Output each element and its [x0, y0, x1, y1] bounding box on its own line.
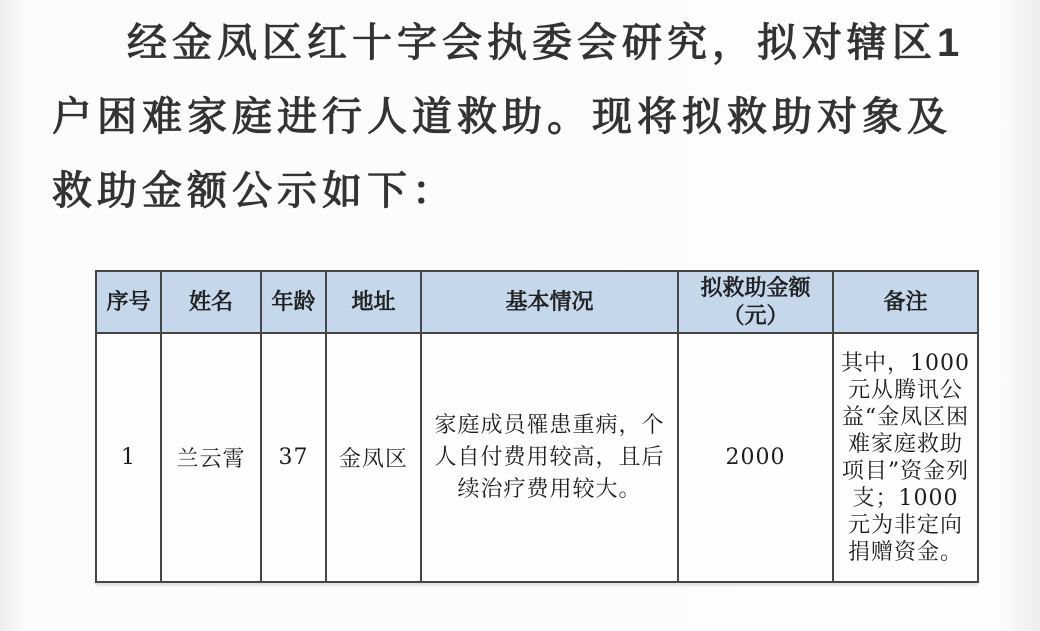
aid-recipients-table: 序号 姓名 年龄 地址 基本情况 拟救助金额（元） 备注 1 兰云霄 37 金凤…	[95, 270, 979, 583]
col-header-proposed-aid-amount: 拟救助金额（元）	[678, 271, 833, 333]
intro-line-2: 户困难家庭进行人道救助。现将拟救助对象及	[52, 80, 1004, 154]
table-header-row: 序号 姓名 年龄 地址 基本情况 拟救助金额（元） 备注	[96, 271, 978, 333]
cell-age: 37	[261, 333, 326, 582]
col-header-remarks: 备注	[833, 271, 978, 333]
col-header-address: 地址	[326, 271, 421, 333]
intro-line-1: 经金凤区红十字会执委会研究，拟对辖区1	[52, 6, 1004, 80]
cell-name: 兰云霄	[161, 333, 261, 582]
intro-line-3: 救助金额公示如下：	[52, 154, 1004, 228]
cell-proposed-aid-amount: 2000	[678, 333, 833, 582]
col-header-age: 年龄	[261, 271, 326, 333]
col-header-basic-situation: 基本情况	[421, 271, 678, 333]
col-header-serial-number: 序号	[96, 271, 161, 333]
cell-remarks: 其中，1000元从腾讯公益“金凤区困难家庭救助项目”资金列支；1000 元为非定…	[833, 333, 978, 582]
col-header-name: 姓名	[161, 271, 261, 333]
table-row: 1 兰云霄 37 金凤区 家庭成员罹患重病，个人自付费用较高，且后续治疗费用较大…	[96, 333, 978, 582]
cell-serial-number: 1	[96, 333, 161, 582]
cell-address: 金凤区	[326, 333, 421, 582]
cell-basic-situation: 家庭成员罹患重病，个人自付费用较高，且后续治疗费用较大。	[421, 333, 678, 582]
intro-paragraph: 经金凤区红十字会执委会研究，拟对辖区1 户困难家庭进行人道救助。现将拟救助对象及…	[52, 6, 1004, 228]
